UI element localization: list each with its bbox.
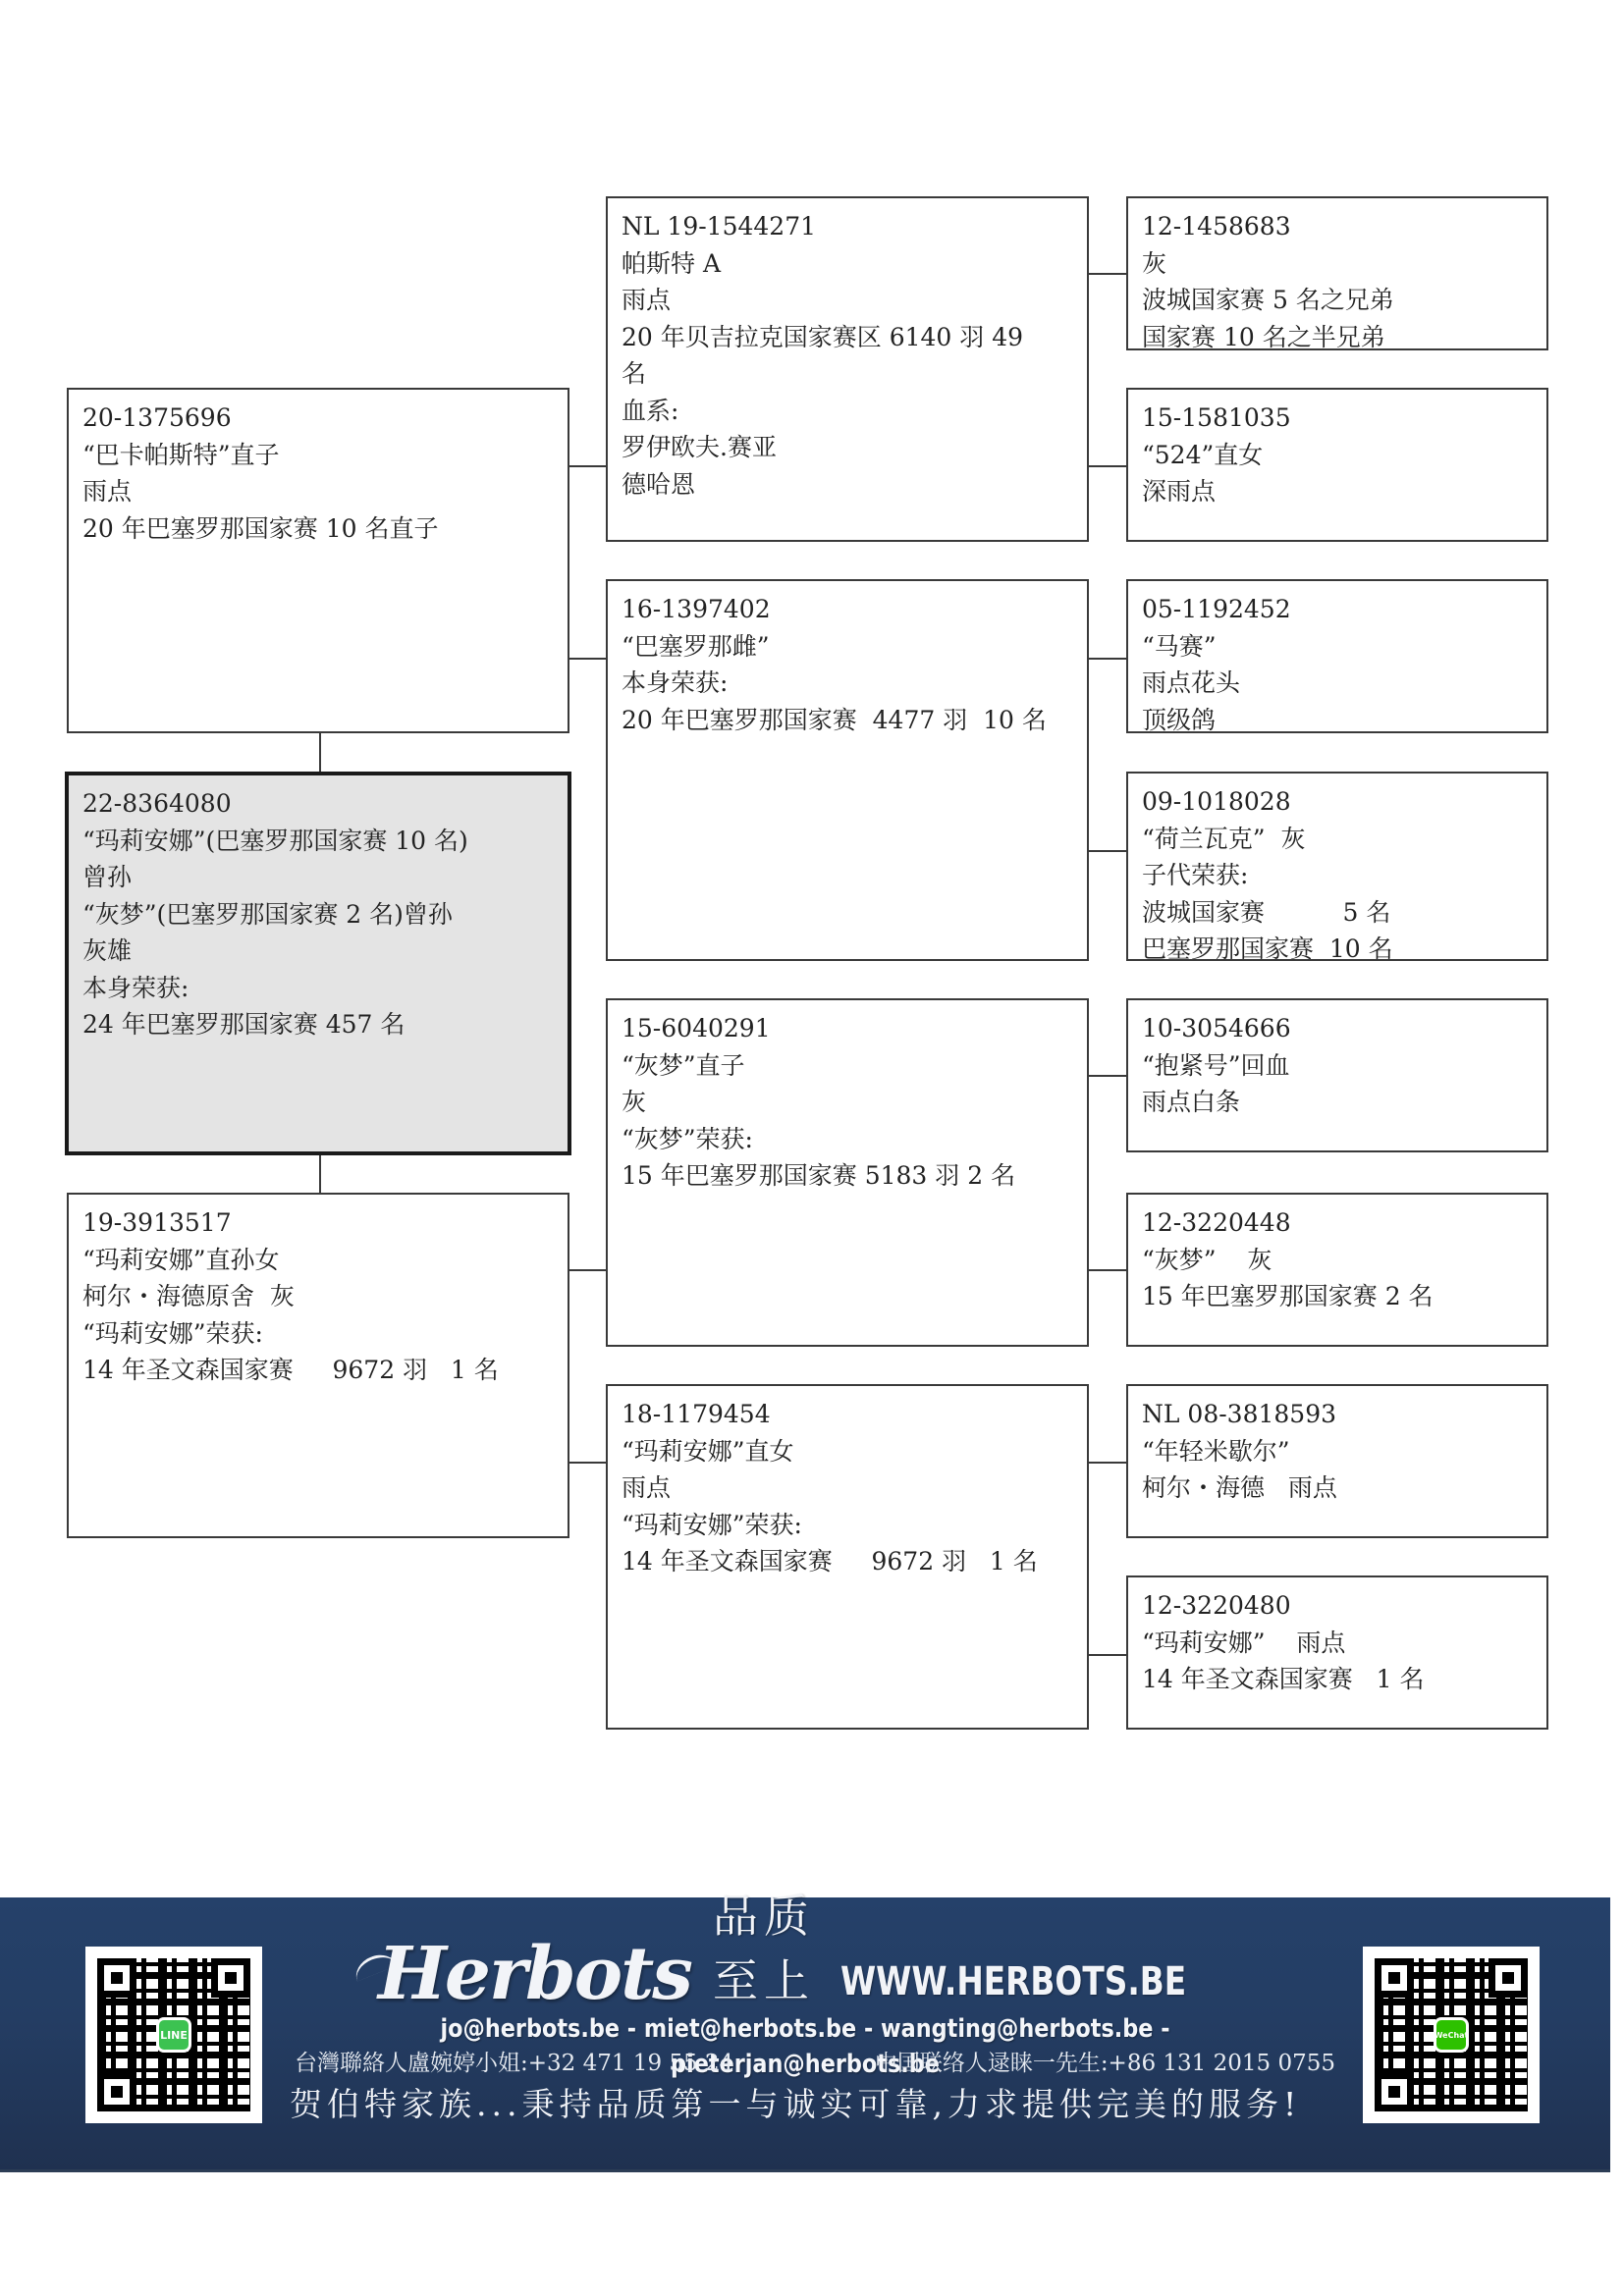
brand-slogan: 品质至上 <box>713 1884 819 2013</box>
qr-pattern: LINE <box>97 1958 250 2111</box>
ring-number: 12-3220480 <box>1142 1587 1533 1625</box>
pedigree-subject-card: 22-8364080 “玛莉安娜”(巴塞罗那国家赛 10 名) 曾孙 “灰梦”(… <box>65 772 571 1155</box>
footer-tagline: 贺伯特家族...秉持品质第一与诚实可靠,力求提供完美的服务! <box>290 2080 1330 2129</box>
card-line: 灰 <box>1142 245 1533 283</box>
pedigree-ggp-card-7: NL 08-3818593 “年轻米歇尔” 柯尔・海德 雨点 <box>1126 1384 1548 1538</box>
card-line: 帕斯特 A <box>622 245 1073 283</box>
connector-dam-to-dam-sire <box>568 1269 606 1271</box>
card-line: 雨点白条 <box>1142 1084 1533 1121</box>
card-line: 波城国家赛 5 名 <box>1142 894 1533 932</box>
brand-header: Herbots 品质至上 WWW.HERBOTS.BE <box>378 1925 1262 2013</box>
ring-number: 15-6040291 <box>622 1010 1073 1047</box>
ring-number: NL 19-1544271 <box>622 208 1073 245</box>
card-line: “灰梦” 灰 <box>1142 1242 1533 1279</box>
pedigree-ggp-card-4: 09-1018028 “荷兰瓦克” 灰 子代荣获: 波城国家赛 5 名 巴塞罗那… <box>1126 772 1548 961</box>
contact-phones: 台灣聯絡人盧婉婷小姐:+32 471 19 55 24 中国联络人逯睐一先生:+… <box>295 2047 1335 2080</box>
pedigree-ggp-card-2: 15-1581035 “524”直女 深雨点 <box>1126 388 1548 542</box>
card-line: 14 年圣文森国家赛 9672 羽 1 名 <box>622 1543 1073 1580</box>
connector-sire-subject <box>319 731 321 773</box>
herbots-logo: Herbots <box>378 1935 691 2013</box>
qr-finder-icon <box>1375 2072 1414 2111</box>
pedigree-ggp-card-8: 12-3220480 “玛莉安娜” 雨点 14 年圣文森国家赛 1 名 <box>1126 1575 1548 1730</box>
card-line: 24 年巴塞罗那国家赛 457 名 <box>82 1006 554 1043</box>
ring-number: 22-8364080 <box>82 785 554 823</box>
qr-finder-icon <box>97 1958 136 1998</box>
qr-finder-icon <box>97 2072 136 2111</box>
card-line: “抱紧号”回血 <box>1142 1047 1533 1085</box>
card-line: 名 <box>622 355 1073 393</box>
pedigree-sire-card: 20-1375696 “巴卡帕斯特”直子 雨点 20 年巴塞罗那国家赛 10 名… <box>67 388 569 733</box>
qr-code-wechat[interactable]: WeChat <box>1363 1947 1540 2123</box>
pedigree-sire-dam-card: 16-1397402 “巴塞罗那雌” 本身荣获: 20 年巴塞罗那国家赛 447… <box>606 579 1089 961</box>
card-line: “巴塞罗那雌” <box>622 628 1073 666</box>
connector-g2a-g3b <box>1087 465 1126 467</box>
card-line: 本身荣获: <box>82 970 554 1007</box>
pedigree-ggp-card-3: 05-1192452 “马赛” 雨点花头 顶级鸽 <box>1126 579 1548 733</box>
card-line: 子代荣获: <box>1142 857 1533 894</box>
card-line: 15 年巴塞罗那国家赛 5183 羽 2 名 <box>622 1157 1073 1195</box>
card-line: 德哈恩 <box>622 466 1073 504</box>
card-line: 曾孙 <box>82 859 554 896</box>
connector-sire-to-sire-sire <box>568 465 606 467</box>
pedigree-ggp-card-1: 12-1458683 灰 波城国家赛 5 名之兄弟 国家赛 10 名之半兄弟 <box>1126 196 1548 350</box>
pedigree-ggp-card-6: 12-3220448 “灰梦” 灰 15 年巴塞罗那国家赛 2 名 <box>1126 1193 1548 1347</box>
ring-number: 12-1458683 <box>1142 208 1533 245</box>
card-line: 国家赛 10 名之半兄弟 <box>1142 319 1533 351</box>
ring-number: 18-1179454 <box>622 1396 1073 1433</box>
card-line: “玛莉安娜” 雨点 <box>1142 1625 1533 1662</box>
card-line: 15 年巴塞罗那国家赛 2 名 <box>1142 1278 1533 1315</box>
pedigree-dam-card: 19-3913517 “玛莉安娜”直孙女 柯尔・海德原舍 灰 “玛莉安娜”荣获:… <box>67 1193 569 1538</box>
card-line: “灰梦”荣获: <box>622 1121 1073 1158</box>
connector-g2c-g3e <box>1087 1075 1126 1077</box>
card-line: 20 年巴塞罗那国家赛 4477 羽 10 名 <box>622 702 1073 739</box>
footer-banner: LINE Herbots 品质至上 WWW.HERBOTS.BE jo@herb… <box>0 1897 1610 2172</box>
ring-number: 20-1375696 <box>82 400 554 437</box>
card-line: 雨点 <box>622 1469 1073 1507</box>
connector-g2b-g3d <box>1087 850 1126 852</box>
card-line: “灰梦”直子 <box>622 1047 1073 1085</box>
card-line: 14 年圣文森国家赛 9672 羽 1 名 <box>82 1352 554 1389</box>
connector-subject-dam <box>319 1153 321 1193</box>
card-line: “524”直女 <box>1142 437 1533 474</box>
connector-g2c-g3f <box>1087 1269 1126 1271</box>
card-line: 14 年圣文森国家赛 1 名 <box>1142 1661 1533 1698</box>
ring-number: 15-1581035 <box>1142 400 1533 437</box>
connector-dam-to-dam-dam <box>568 1462 606 1464</box>
connector-g2a-g3a <box>1087 273 1126 275</box>
line-app-icon: LINE <box>156 2017 191 2053</box>
ring-number: 16-1397402 <box>622 591 1073 628</box>
ring-number: NL 08-3818593 <box>1142 1396 1533 1433</box>
card-line: 柯尔・海德原舍 灰 <box>82 1278 554 1315</box>
contact-china: 中国联络人逯睐一先生:+86 131 2015 0755 <box>875 2047 1335 2080</box>
qr-code-line[interactable]: LINE <box>85 1947 262 2123</box>
connector-sire-to-sire-dam <box>568 658 606 660</box>
qr-finder-icon <box>1489 1958 1528 1998</box>
brand-name: Herbots <box>378 1932 691 2016</box>
card-line: “玛莉安娜”荣获: <box>622 1507 1073 1544</box>
connector-g2d-g3h <box>1087 1654 1126 1656</box>
ring-number: 19-3913517 <box>82 1204 554 1242</box>
card-line: 雨点 <box>622 282 1073 319</box>
qr-pattern: WeChat <box>1375 1958 1528 2111</box>
qr-finder-icon <box>211 1958 250 1998</box>
card-line: 深雨点 <box>1142 473 1533 510</box>
card-line: “荷兰瓦克” 灰 <box>1142 821 1533 858</box>
pedigree-ggp-card-5: 10-3054666 “抱紧号”回血 雨点白条 <box>1126 998 1548 1152</box>
ring-number: 05-1192452 <box>1142 591 1533 628</box>
card-line: 本身荣获: <box>622 665 1073 702</box>
card-line: “玛莉安娜”(巴塞罗那国家赛 10 名) <box>82 823 554 860</box>
card-line: “年轻米歇尔” <box>1142 1433 1533 1470</box>
card-line: “玛莉安娜”直女 <box>622 1433 1073 1470</box>
pedigree-sire-sire-card: NL 19-1544271 帕斯特 A 雨点 20 年贝吉拉克国家赛区 6140… <box>606 196 1089 542</box>
card-line: “玛莉安娜”直孙女 <box>82 1242 554 1279</box>
card-line: “巴卡帕斯特”直子 <box>82 437 554 474</box>
card-line: 20 年巴塞罗那国家赛 10 名直子 <box>82 510 554 548</box>
pedigree-dam-dam-card: 18-1179454 “玛莉安娜”直女 雨点 “玛莉安娜”荣获: 14 年圣文森… <box>606 1384 1089 1730</box>
wechat-icon: WeChat <box>1434 2017 1469 2053</box>
card-line: 罗伊欧夫.赛亚 <box>622 429 1073 466</box>
card-line: 灰雄 <box>82 933 554 970</box>
card-line: “玛莉安娜”荣获: <box>82 1315 554 1353</box>
card-line: 灰 <box>622 1084 1073 1121</box>
card-line: 顶级鸽 <box>1142 702 1533 734</box>
card-line: “灰梦”(巴塞罗那国家赛 2 名)曾孙 <box>82 896 554 934</box>
card-line: 雨点 <box>82 473 554 510</box>
website-link[interactable]: WWW.HERBOTS.BE <box>840 1950 1186 2013</box>
ring-number: 09-1018028 <box>1142 783 1533 821</box>
card-line: 血系: <box>622 393 1073 430</box>
ring-number: 12-3220448 <box>1142 1204 1533 1242</box>
card-line: “马赛” <box>1142 628 1533 666</box>
card-line: 20 年贝吉拉克国家赛区 6140 羽 49 <box>622 319 1073 356</box>
qr-finder-icon <box>1375 1958 1414 1998</box>
card-line: 雨点花头 <box>1142 665 1533 702</box>
card-line: 巴塞罗那国家赛 10 名 <box>1142 931 1533 961</box>
connector-g2d-g3g <box>1087 1462 1126 1464</box>
connector-g2b-g3c <box>1087 658 1126 660</box>
ring-number: 10-3054666 <box>1142 1010 1533 1047</box>
pedigree-dam-sire-card: 15-6040291 “灰梦”直子 灰 “灰梦”荣获: 15 年巴塞罗那国家赛 … <box>606 998 1089 1347</box>
card-line: 柯尔・海德 雨点 <box>1142 1469 1533 1507</box>
contact-taiwan: 台灣聯絡人盧婉婷小姐:+32 471 19 55 24 <box>295 2047 733 2080</box>
card-line: 波城国家赛 5 名之兄弟 <box>1142 282 1533 319</box>
